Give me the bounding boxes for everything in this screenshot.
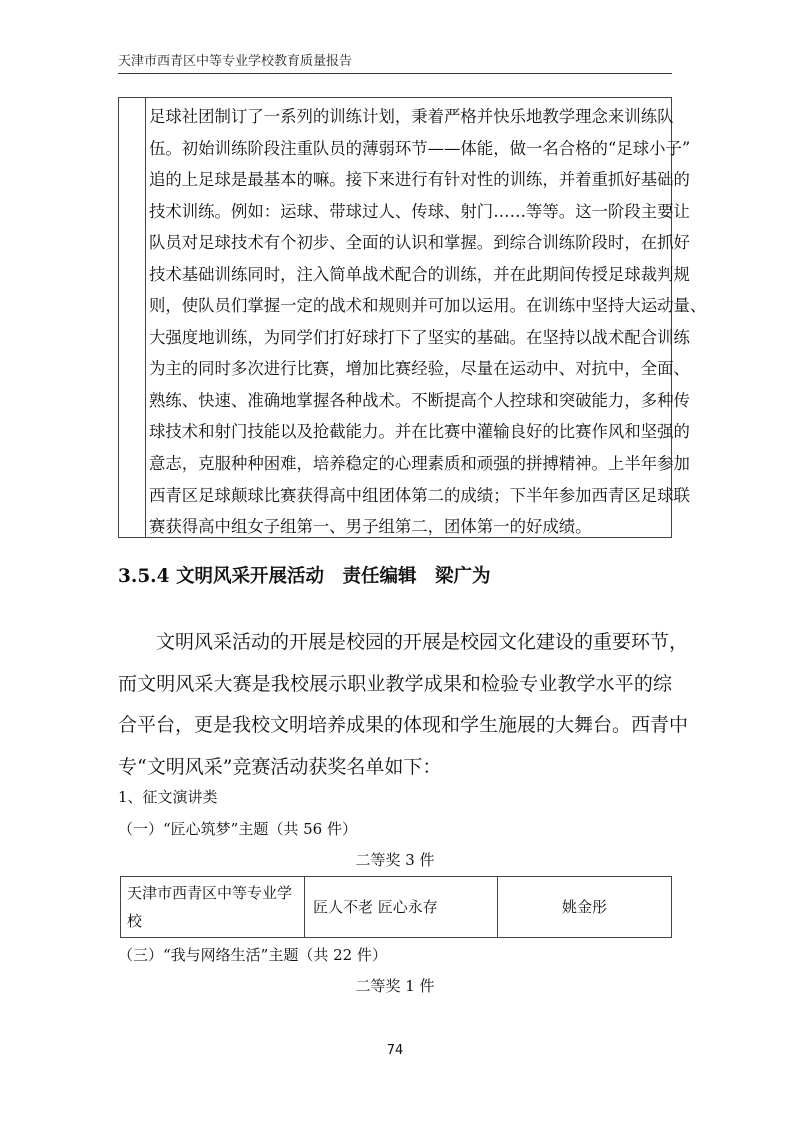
text-line: 伍。初始训练阶段注重队员的薄弱环节——体能，做一名合格的“足球小子” — [149, 133, 669, 165]
work-title-cell: 匠人不老 匠心永存 — [305, 877, 498, 938]
text-line: 技术训练。例如：运球、带球过人、传球、射门……等等。这一阶段主要让 — [149, 196, 669, 228]
award-count: 二等奖 1 件 — [118, 976, 672, 996]
paragraph-line: 专“文明风采”竞赛活动获奖名单如下： — [118, 747, 672, 789]
text-line: 熟练、快速、准确地掌握各种战术。不断提高个人控球和突破能力，多种传 — [149, 385, 669, 417]
text-line: 球技术和射门技能以及抢截能力。并在比赛中灌输良好的比赛作风和坚强的 — [149, 416, 669, 448]
header-divider — [118, 73, 672, 74]
running-header-title: 天津市西青区中等专业学校教育质量报告 — [118, 53, 352, 71]
theme-title: （三）“我与网络生活”主题（共 22 件） — [118, 945, 387, 965]
football-club-description: 足球社团制订了一系列的训练计划，秉着严格并快乐地教学理念来训练队 伍。初始训练阶… — [149, 101, 669, 543]
text-line: 大强度地训练，为同学们打好球打下了坚实的基础。在坚持以战术配合训练 — [149, 322, 669, 354]
page-number: 74 — [118, 1042, 672, 1060]
category-title: 1、征文演讲类 — [118, 787, 218, 807]
paragraph-line: 文明风采活动的开展是校园的开展是校园文化建设的重要环节， — [118, 622, 672, 664]
award-count: 二等奖 3 件 — [118, 850, 672, 870]
table-row: 天津市西青区中等专业学校 匠人不老 匠心永存 姚金彤 — [121, 877, 672, 938]
paragraph-line: 合平台，更是我校文明培养成果的体现和学生施展的大舞台。西青中 — [118, 705, 672, 747]
text-line: 足球社团制订了一系列的训练计划，秉着严格并快乐地教学理念来训练队 — [149, 101, 669, 133]
author-cell: 姚金彤 — [498, 877, 672, 938]
school-cell: 天津市西青区中等专业学校 — [121, 877, 305, 938]
text-line: 则，使队员们掌握一定的战术和规则并可加以运用。在训练中坚持大运动量、 — [149, 290, 669, 322]
text-line: 队员对足球技术有个初步、全面的认识和掌握。到综合训练阶段时，在抓好 — [149, 227, 669, 259]
text-line: 为主的同时多次进行比赛，增加比赛经验，尽量在运动中、对抗中，全面、 — [149, 353, 669, 385]
theme-title: （一）“匠心筑梦”主题（共 56 件） — [118, 819, 357, 839]
text-line: 西青区足球颠球比赛获得高中组团体第二的成绩；下半年参加西青区足球联 — [149, 480, 669, 512]
text-line: 赛获得高中组女子组第一、男子组第二，团体第一的好成绩。 — [149, 511, 669, 543]
section-paragraph: 文明风采活动的开展是校园的开展是校园文化建设的重要环节， 而文明风采大赛是我校展… — [118, 622, 672, 788]
football-club-table: 足球社团制订了一系列的训练计划，秉着严格并快乐地教学理念来训练队 伍。初始训练阶… — [118, 97, 672, 538]
award-table: 天津市西青区中等专业学校 匠人不老 匠心永存 姚金彤 — [120, 876, 672, 938]
section-heading: 3.5.4 文明风采开展活动 责任编辑 梁广为 — [118, 564, 490, 590]
text-line: 意志，克服种种困难，培养稳定的心理素质和顽强的拼搏精神。上半年参加 — [149, 448, 669, 480]
text-line: 追的上足球是最基本的嘛。接下来进行有针对性的训练，并着重抓好基础的 — [149, 164, 669, 196]
text-line: 技术基础训练同时，注入简单战术配合的训练，并在此期间传授足球裁判规 — [149, 259, 669, 291]
paragraph-line: 而文明风采大赛是我校展示职业教学成果和检验专业教学水平的综 — [118, 664, 672, 706]
table-label-column — [119, 98, 146, 537]
